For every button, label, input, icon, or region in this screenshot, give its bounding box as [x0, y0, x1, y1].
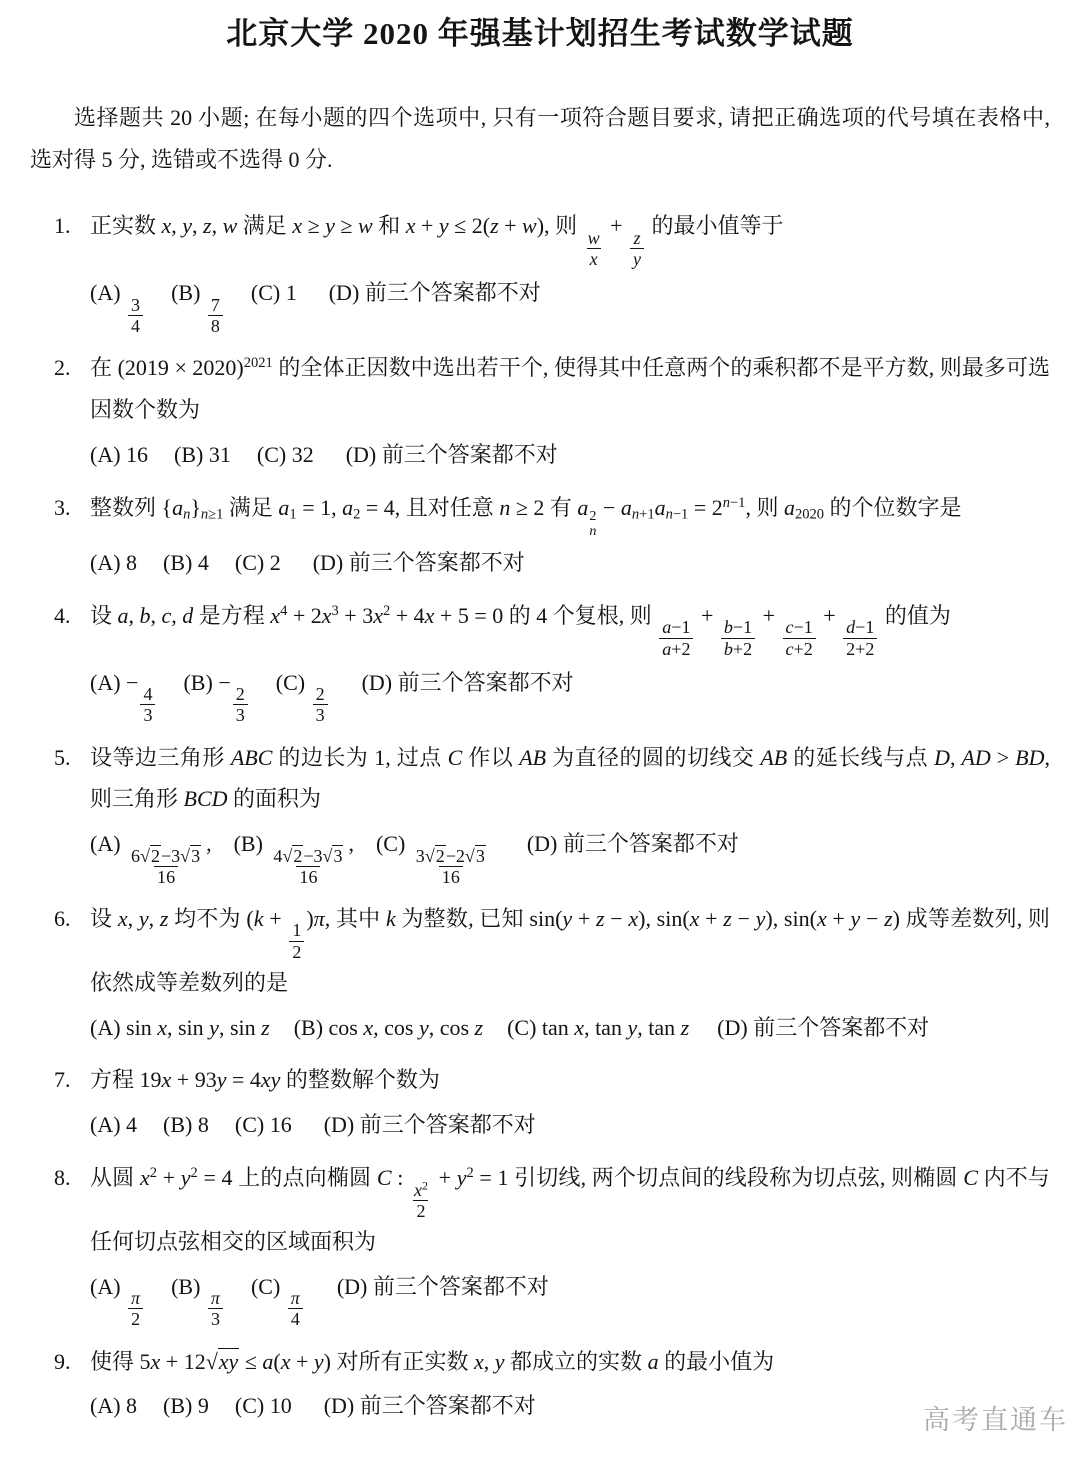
- question-options: (A) 4(B) 8(C) 16(D) 前三个答案都不对: [90, 1104, 1050, 1146]
- option-label: (D): [324, 1393, 360, 1418]
- option-label: (B): [163, 1393, 198, 1418]
- fraction: π3: [208, 1288, 223, 1329]
- question-body: 正实数 x, y, z, w 满足 x ≥ y ≥ w 和 x + y ≤ 2(…: [90, 205, 1050, 269]
- question-body: 设 x, y, z 均不为 (k + 12)π, 其中 k 为整数, 已知 si…: [90, 898, 1050, 1004]
- option-label: (A): [90, 280, 126, 305]
- question-options: (A) 16(B) 31(C) 32(D) 前三个答案都不对: [90, 434, 1050, 476]
- option-label: (C): [235, 1112, 270, 1137]
- option-label: (A): [90, 550, 126, 575]
- question-options: (A) 8(B) 9(C) 10(D) 前三个答案都不对: [90, 1385, 1050, 1427]
- fraction: 78: [208, 295, 223, 336]
- question-item: 9. 使得 5x + 12√xy ≤ a(x + y) 对所有正实数 x, y …: [30, 1341, 1050, 1428]
- question-item: 3. 整数列 {an}n≥1 满足 a1 = 1, a2 = 4, 且对任意 n…: [30, 487, 1050, 584]
- question-number: 3.: [30, 487, 90, 584]
- question-content: 整数列 {an}n≥1 满足 a1 = 1, a2 = 4, 且对任意 n ≥ …: [90, 487, 1050, 584]
- watermark: 高考直通车: [923, 1398, 1068, 1437]
- question-number: 7.: [30, 1059, 90, 1146]
- question-body: 整数列 {an}n≥1 满足 a1 = 1, a2 = 4, 且对任意 n ≥ …: [90, 487, 1050, 539]
- option-label: (B): [174, 442, 209, 467]
- question-body: 设等边三角形 ABC 的边长为 1, 过点 C 作以 AB 为直径的圆的切线交 …: [90, 737, 1050, 821]
- option-label: (D): [337, 1274, 373, 1299]
- question-body: 设 a, b, c, d 是方程 x4 + 2x3 + 3x2 + 4x + 5…: [90, 595, 1050, 659]
- question-content: 设 x, y, z 均不为 (k + 12)π, 其中 k 为整数, 已知 si…: [90, 898, 1050, 1048]
- option-label: (B): [163, 1112, 198, 1137]
- square-root: √3: [465, 846, 486, 866]
- option-label: (D): [717, 1015, 753, 1040]
- supsub-stack: 2n: [589, 509, 596, 539]
- question-content: 方程 19x + 93y = 4xy 的整数解个数为 (A) 4(B) 8(C)…: [90, 1059, 1050, 1146]
- option-label: (B): [234, 831, 269, 856]
- question-content: 设 a, b, c, d 是方程 x4 + 2x3 + 3x2 + 4x + 5…: [90, 595, 1050, 726]
- option-label: (D): [346, 442, 382, 467]
- fraction: 34: [128, 295, 143, 336]
- fraction: 43: [140, 684, 155, 725]
- fraction: b−1b+2: [721, 617, 755, 658]
- option-label: (A): [90, 831, 126, 856]
- question-item: 5. 设等边三角形 ABC 的边长为 1, 过点 C 作以 AB 为直径的圆的切…: [30, 737, 1050, 887]
- question-options: (A) 6√2−3√316,(B) 4√2−3√316,(C) 3√2−2√31…: [90, 823, 1050, 887]
- question-number: 6.: [30, 898, 90, 1048]
- square-root: √3: [180, 846, 201, 866]
- square-root: √xy: [206, 1349, 240, 1374]
- option-label: (A) sin: [90, 1015, 157, 1040]
- option-label: (A): [90, 1393, 126, 1418]
- question-number: 1.: [30, 205, 90, 336]
- question-item: 1. 正实数 x, y, z, w 满足 x ≥ y ≥ w 和 x + y ≤…: [30, 205, 1050, 336]
- fraction: 6√2−3√316: [128, 846, 204, 887]
- question-number: 8.: [30, 1157, 90, 1330]
- fraction: 23: [313, 684, 328, 725]
- question-options: (A) 8(B) 4(C) 2(D) 前三个答案都不对: [90, 542, 1050, 584]
- option-label: (C): [276, 670, 311, 695]
- option-label: (A): [90, 1112, 126, 1137]
- question-item: 4. 设 a, b, c, d 是方程 x4 + 2x3 + 3x2 + 4x …: [30, 595, 1050, 726]
- option-label: (B): [163, 550, 198, 575]
- question-item: 7. 方程 19x + 93y = 4xy 的整数解个数为 (A) 4(B) 8…: [30, 1059, 1050, 1146]
- fraction: wx: [585, 228, 603, 269]
- square-root: √2: [140, 846, 161, 866]
- option-label: (C): [251, 1274, 286, 1299]
- question-body: 从圆 x2 + y2 = 4 上的点向椭圆 C : x22 + y2 = 1 引…: [90, 1157, 1050, 1263]
- question-body: 在 (2019 × 2020)2021 的全体正因数中选出若干个, 使得其中任意…: [90, 347, 1050, 431]
- intro-paragraph: 选择题共 20 小题; 在每小题的四个选项中, 只有一项符合题目要求, 请把正确…: [30, 97, 1050, 181]
- question-content: 正实数 x, y, z, w 满足 x ≥ y ≥ w 和 x + y ≤ 2(…: [90, 205, 1050, 336]
- question-options: (A) 34(B) 78(C) 1(D) 前三个答案都不对: [90, 272, 1050, 336]
- fraction: π4: [288, 1288, 303, 1329]
- option-label: (D): [329, 280, 365, 305]
- option-label: (D): [527, 831, 563, 856]
- fraction: x22: [411, 1180, 431, 1221]
- question-number: 4.: [30, 595, 90, 726]
- fraction: a−1a+2: [659, 617, 693, 658]
- square-root: √2: [425, 846, 446, 866]
- option-label: (C) tan: [507, 1015, 574, 1040]
- option-label: (C): [235, 550, 270, 575]
- option-label: (C): [257, 442, 292, 467]
- question-content: 使得 5x + 12√xy ≤ a(x + y) 对所有正实数 x, y 都成立…: [90, 1341, 1050, 1428]
- option-label: (A): [90, 670, 126, 695]
- question-item: 6. 设 x, y, z 均不为 (k + 12)π, 其中 k 为整数, 已知…: [30, 898, 1050, 1048]
- page-title: 北京大学 2020 年强基计划招生考试数学试题: [30, 8, 1050, 53]
- option-label: (B): [171, 280, 206, 305]
- option-label: (D): [324, 1112, 360, 1137]
- question-list: 1. 正实数 x, y, z, w 满足 x ≥ y ≥ w 和 x + y ≤…: [30, 205, 1050, 1427]
- fraction: π2: [128, 1288, 143, 1329]
- option-label: (A): [90, 1274, 126, 1299]
- fraction: d−12+2: [843, 617, 877, 658]
- question-number: 5.: [30, 737, 90, 887]
- option-label: (C): [376, 831, 411, 856]
- square-root: √3: [323, 846, 344, 866]
- question-content: 从圆 x2 + y2 = 4 上的点向椭圆 C : x22 + y2 = 1 引…: [90, 1157, 1050, 1330]
- question-body: 方程 19x + 93y = 4xy 的整数解个数为: [90, 1059, 1050, 1101]
- question-item: 8. 从圆 x2 + y2 = 4 上的点向椭圆 C : x22 + y2 = …: [30, 1157, 1050, 1330]
- exam-page: 北京大学 2020 年强基计划招生考试数学试题 选择题共 20 小题; 在每小题…: [0, 0, 1080, 1427]
- option-label: (B) cos: [294, 1015, 364, 1040]
- question-options: (A) sin x, sin y, sin z(B) cos x, cos y,…: [90, 1007, 1050, 1049]
- option-label: (B): [183, 670, 218, 695]
- option-label: (D): [362, 670, 398, 695]
- option-label: (B): [171, 1274, 206, 1299]
- square-root: √2: [282, 846, 303, 866]
- question-content: 设等边三角形 ABC 的边长为 1, 过点 C 作以 AB 为直径的圆的切线交 …: [90, 737, 1050, 887]
- fraction: 23: [233, 684, 248, 725]
- question-content: 在 (2019 × 2020)2021 的全体正因数中选出若干个, 使得其中任意…: [90, 347, 1050, 475]
- fraction: 3√2−2√316: [413, 846, 489, 887]
- option-label: (A): [90, 442, 126, 467]
- fraction: zy: [630, 228, 644, 269]
- question-number: 9.: [30, 1341, 90, 1428]
- question-number: 2.: [30, 347, 90, 475]
- fraction: 12: [289, 920, 304, 961]
- option-label: (C): [235, 1393, 270, 1418]
- fraction: 4√2−3√316: [270, 846, 346, 887]
- question-item: 2. 在 (2019 × 2020)2021 的全体正因数中选出若干个, 使得其…: [30, 347, 1050, 475]
- question-options: (A) π2(B) π3(C) π4(D) 前三个答案都不对: [90, 1266, 1050, 1330]
- fraction: c−1c+2: [783, 617, 816, 658]
- question-body: 使得 5x + 12√xy ≤ a(x + y) 对所有正实数 x, y 都成立…: [90, 1341, 1050, 1383]
- option-label: (D): [313, 550, 349, 575]
- question-options: (A) −43(B) −23(C) 23(D) 前三个答案都不对: [90, 662, 1050, 726]
- option-label: (C): [251, 280, 286, 305]
